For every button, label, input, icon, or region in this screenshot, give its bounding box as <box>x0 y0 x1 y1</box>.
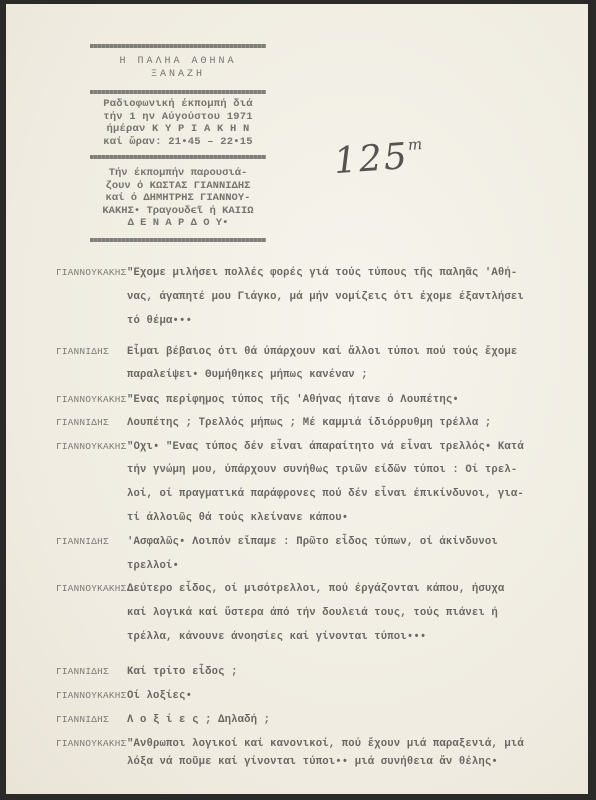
document-title: Η ΠΑΛΗΑ ΑΘΗΝΑ ΞΑΝΑΖΗ <box>90 56 266 81</box>
dialogue-line: Δεύτερο εἶδος, οί μισότρελλοι, πού έργάζ… <box>127 583 504 595</box>
dialogue-line: τό θέμα••• <box>127 315 192 327</box>
dialogue-line: τήν γνώμη μου, ύπάρχουν συνήθως τριῶν εί… <box>127 464 517 476</box>
speaker-name: ΓΙΑΝΝΙΔΗΣ <box>56 536 109 547</box>
dialogue-line: "Ανθρωποι λογικοί καί κανονικοί, πού ἔχο… <box>127 738 524 750</box>
speaker-name: ΓΙΑΝΝΙΔΗΣ <box>56 714 109 725</box>
speaker-name: ΓΙΑΝΝΟΥΚΑΚΗΣ <box>56 394 127 405</box>
handwritten-suffix: m <box>407 135 424 154</box>
divider-rule <box>90 90 266 94</box>
presenters-line: ΚΑΚΗΣ• Τραγουδϵῖ ή ΚΑΙΙΩ <box>90 205 266 218</box>
dialogue-line: τρέλλα, κάνουνε άνοησίες καί γίνονται τύ… <box>127 631 426 643</box>
typewritten-page: Η ΠΑΛΗΑ ΑΘΗΝΑ ΞΑΝΑΖΗ Ραδιοφωνική έκπομπή… <box>6 4 588 794</box>
dialogue-line: Εἶμαι βέβαιος ότι θά ύπάρχουν καί ἄλλοι … <box>127 346 517 358</box>
dialogue-line: 'Ασφαλῶς• Λοιπόν εἴπαμε : Πρῶτο εἶδος τύ… <box>127 536 498 548</box>
dialogue-line: λόξα νά ποῦμε καί γίνονται τύποι•• μιά σ… <box>127 756 498 768</box>
dialogue-line: καί λογικά καί ὕστερα άπό τήν δουλειά το… <box>127 607 498 619</box>
dialogue-line: λοί, οί πραγματικά παράφρονες πού δέν εἶ… <box>127 488 524 500</box>
dialogue-line: Καί τρίτο εἶδος ; <box>127 666 238 678</box>
speaker-name: ΓΙΑΝΝΙΔΗΣ <box>56 666 109 677</box>
handwritten-page-number: 125m <box>333 135 427 182</box>
dialogue-line: Οί λοξίες• <box>127 690 192 702</box>
dialogue-line: "Οχι• "Ενας τύπος δέν εἶναι άπαραίτητο ν… <box>127 441 524 453</box>
broadcast-info: Ραδιοφωνική έκπομπή διά τήν 1 ην Αύγούστ… <box>90 98 266 148</box>
presenters-line: Δ Ε Ν Α Ρ Δ Ο Υ• <box>90 217 266 230</box>
presenters-line: καί ό ΔΗΜΗΤΡΗΣ ΓΙΑΝΝΟΥ- <box>90 192 266 205</box>
speaker-name: ΓΙΑΝΝΟΥΚΑΚΗΣ <box>56 690 127 701</box>
divider-rule <box>90 238 266 242</box>
speaker-name: ΓΙΑΝΝΟΥΚΑΚΗΣ <box>56 738 127 749</box>
dialogue-line: τρελλοί• <box>127 560 179 572</box>
presenters-line: Τήν έκπομπήν παρουσιά- <box>90 167 266 180</box>
presenters-info: Τήν έκπομπήν παρουσιά- ζουν ό ΚΩΣΤΑΣ ΓΙΑ… <box>90 167 266 230</box>
dialogue-line: νας, άγαπητέ μου Γιάγκο, μά μήν νομίζεις… <box>127 291 524 303</box>
dialogue-line: παραλείψει• Θυμήθηκες μήπως κανέναν ; <box>127 369 368 381</box>
handwritten-number: 125 <box>333 136 410 182</box>
divider-rule <box>90 44 266 48</box>
broadcast-line: καί ὥραν: 21•45 – 22•15 <box>90 136 266 149</box>
speaker-name: ΓΙΑΝΝΟΥΚΑΚΗΣ <box>56 441 127 452</box>
speaker-name: ΓΙΑΝΝΙΔΗΣ <box>56 346 109 357</box>
dialogue-line: Λουπέτης ; Τρελλός μήπως ; Μέ καμμιά ίδι… <box>127 417 491 429</box>
dialogue-line: τί άλλοιῶς θά τούς κλείνανε κάπου• <box>127 512 348 524</box>
broadcast-line: τήν 1 ην Αύγούστου 1971 <box>90 111 266 124</box>
dialogue-line: "Ενας περίφημος τύπος τῆς 'Αθήνας ήτανε … <box>127 394 459 406</box>
dialogue-line: "Εχομε μιλήσει πολλές φορές γιά τούς τύπ… <box>127 267 517 279</box>
broadcast-line: ήμέραν Κ Υ Ρ Ι Α Κ Η Ν <box>90 123 266 136</box>
header-block: Η ΠΑΛΗΑ ΑΘΗΝΑ ΞΑΝΑΖΗ Ραδιοφωνική έκπομπή… <box>90 44 266 242</box>
divider-rule <box>90 155 266 159</box>
speaker-name: ΓΙΑΝΝΟΥΚΑΚΗΣ <box>56 583 127 594</box>
broadcast-line: Ραδιοφωνική έκπομπή διά <box>90 98 266 111</box>
presenters-line: ζουν ό ΚΩΣΤΑΣ ΓΙΑΝΝΙΔΗΣ <box>90 180 266 193</box>
dialogue-line: Λ ο ξ ί ε ς ; Δηλαδή ; <box>127 714 270 726</box>
speaker-name: ΓΙΑΝΝΙΔΗΣ <box>56 417 109 428</box>
speaker-name: ΓΙΑΝΝΟΥΚΑΚΗΣ <box>56 267 127 278</box>
